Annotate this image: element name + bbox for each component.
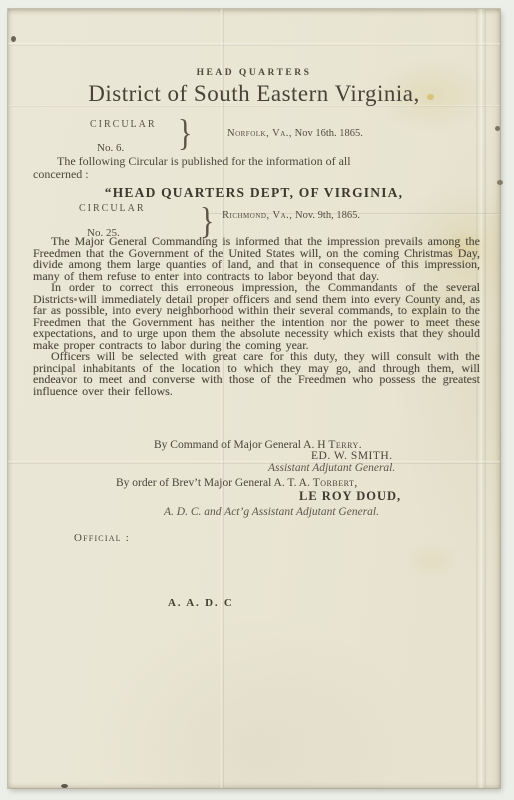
- photo-backdrop: HEAD QUARTERS District of South Eastern …: [0, 0, 514, 800]
- dateline-place: Richmond, Va.,: [222, 210, 292, 221]
- circular-label-1: CIRCULAR: [90, 119, 157, 130]
- general-torbert-name: Torbert,: [313, 477, 358, 489]
- by-order-text: By order of Brev’t Major General A. T. A…: [116, 477, 313, 489]
- signature-by-order: By order of Brev’t Major General A. T. A…: [116, 477, 358, 489]
- by-command-text: By Command of Major General A. H: [154, 439, 328, 451]
- footer-initials: A. A. D. C: [168, 597, 234, 609]
- dateline-norfolk: Norfolk, Va., Nov 16th. 1865.: [227, 128, 363, 139]
- body-text: The Major General Commanding is informed…: [33, 236, 480, 397]
- body-paragraph-1: The Major General Commanding is informed…: [33, 236, 480, 282]
- body-paragraph-2: In order to correct this erroneous impre…: [33, 282, 480, 351]
- signer-title-smith: Assistant Adjutant General.: [268, 462, 395, 474]
- dateline-date: Nov. 9th, 1865.: [292, 210, 360, 221]
- official-label: Official :: [74, 532, 130, 544]
- document-title: District of South Eastern Virginia,: [8, 81, 500, 107]
- circular-number-1: No. 6.: [97, 142, 124, 154]
- body-paragraph-3: Officers will be selected with great car…: [33, 351, 480, 397]
- dateline-date: Nov 16th. 1865.: [292, 128, 363, 139]
- signer-name-smith: ED. W. SMITH.: [311, 450, 393, 462]
- dateline-richmond: Richmond, Va., Nov. 9th, 1865.: [222, 210, 360, 221]
- circular-label-2: CIRCULAR: [79, 203, 146, 214]
- dateline-place: Norfolk, Va.,: [227, 128, 292, 139]
- intro-line-2: concerned :: [33, 167, 89, 182]
- document-page: HEAD QUARTERS District of South Eastern …: [8, 9, 500, 788]
- signer-name-doud: LE ROY DOUD,: [299, 489, 401, 504]
- brace-glyph-1: }: [178, 115, 192, 153]
- signer-title-doud: A. D. C. and Act’g Assistant Adjutant Ge…: [164, 506, 379, 518]
- headquarters-line: HEAD QUARTERS: [8, 68, 500, 78]
- intro-line-1: The following Circular is published for …: [57, 154, 351, 169]
- dept-of-virginia-heading: “HEAD QUARTERS DEPT, OF VIRGINIA,: [8, 185, 500, 201]
